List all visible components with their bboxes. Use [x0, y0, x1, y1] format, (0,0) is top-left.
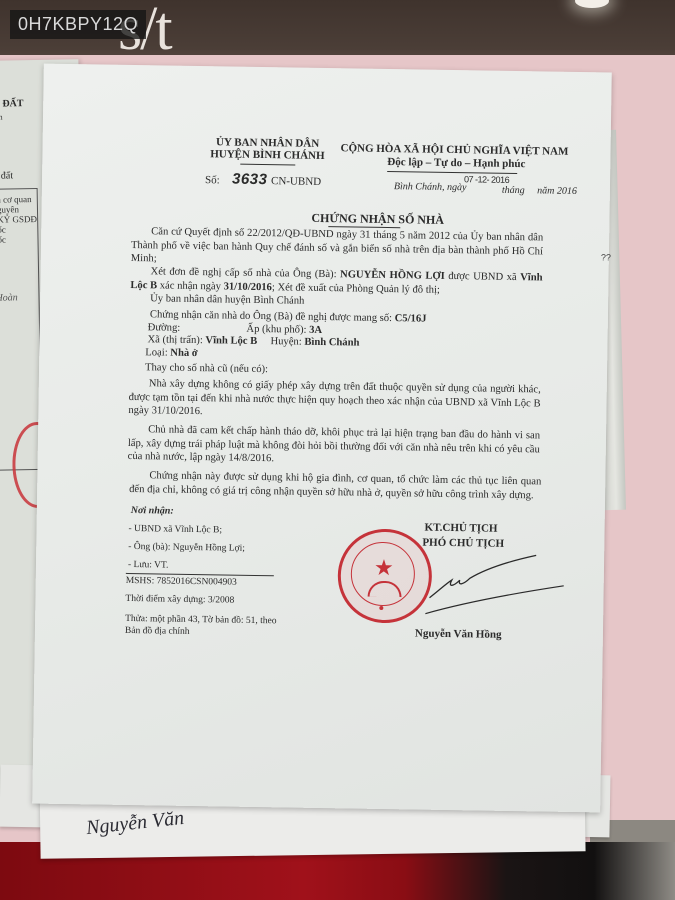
reference-number: 3633: [232, 171, 268, 189]
left-box-line: a cơ quan: [0, 195, 32, 205]
district-value: Bình Chánh: [304, 337, 359, 349]
paragraph-basis: Căn cứ Quyết định số 22/2012/QĐ-UBND ngà…: [131, 225, 544, 272]
seal-dot: [379, 606, 383, 610]
signature-scribble: [425, 540, 566, 622]
left-box-line: ốc: [0, 226, 6, 235]
left-box-line: guyên: [0, 205, 19, 214]
district-label: Huyện:: [270, 336, 304, 348]
mshs-code: MSHS: 7852016CSN004903: [126, 576, 237, 588]
applicant-name: NGUYỄN HỒNG LỢI: [340, 269, 445, 282]
issuer-underline: [240, 164, 295, 166]
month-label: tháng: [502, 185, 525, 196]
request-mid: được UBND xã: [445, 271, 521, 283]
date-place: Bình Chánh, ngày: [394, 181, 467, 193]
seal-inner-ring: ★: [350, 541, 415, 606]
left-box-line: KÝ GSDĐ: [0, 215, 37, 225]
build-time: Thời điểm xây dựng: 3/2008: [125, 594, 234, 606]
left-paper-sub2: g đất: [0, 170, 13, 181]
official-seal: ★: [337, 528, 432, 623]
commune-label: Xã (thị trấn):: [147, 334, 205, 346]
reference-suffix: CN-UBND: [271, 175, 321, 188]
type-label: Loại:: [145, 347, 170, 358]
paragraph-note2: Chủ nhà đã cam kết chấp hành tháo dỡ, kh…: [128, 423, 541, 470]
left-paper-title: G ĐẤT: [0, 98, 24, 110]
street-label: Đường:: [148, 322, 181, 334]
request-suffix: ; Xét đề xuất của Phòng Quản lý đô thị;: [272, 282, 440, 296]
recipients-title: Nơi nhận:: [131, 505, 174, 517]
side-mark: ??: [601, 252, 611, 262]
parcel-info: Thửa: một phần 43, Tờ bản đồ: 51, theo B…: [125, 613, 290, 640]
confirm-date: 31/10/2016: [224, 281, 272, 293]
commune-value: Vĩnh Lộc B: [205, 335, 257, 347]
house-number: C5/16J: [395, 313, 427, 324]
type-value: Nhà ở: [170, 348, 198, 359]
motto-underline: [387, 171, 517, 174]
recipient-item: - Lưu: VT.: [128, 560, 169, 571]
date-year: tháng năm 2016: [502, 185, 577, 197]
date-stamp: 07 -12- 2016: [464, 174, 509, 185]
nation-name: CỘNG HÒA XÃ HỘI CHỦ NGHĨA VIỆT NAM: [340, 142, 568, 158]
hamlet-value: 3A: [309, 325, 322, 336]
left-box-line: ốc: [0, 236, 6, 245]
nation-motto: Độc lập – Tự do – Hạnh phúc: [387, 156, 525, 170]
reference-label: Số:: [205, 174, 220, 186]
watermark-id: 0H7KBPY12Q: [10, 10, 146, 39]
signer-title1: KT.CHỦ TỊCH: [425, 522, 498, 535]
signer-name: Nguyễn Văn Hồng: [415, 627, 502, 640]
left-handwriting: Hoàn: [0, 292, 18, 303]
issuer-line2: HUYỆN BÌNH CHÁNH: [207, 148, 327, 162]
star-icon: ★: [374, 555, 394, 581]
request-mid2: xác nhận ngày: [157, 280, 224, 292]
paragraph-note3: Chứng nhận này được sử dụng khi hộ gia đ…: [129, 469, 541, 502]
request-prefix: Xét đơn đề nghị cấp số nhà của Ông (Bà):: [151, 266, 341, 280]
year-text: năm 2016: [537, 185, 577, 197]
recipient-item: - UBND xã Vĩnh Lộc B;: [128, 524, 222, 535]
recipient-item: - Ông (bà): Nguyễn Hồng Lợi;: [128, 542, 245, 554]
paragraph-note1: Nhà xây dựng không có giấy phép xây dựng…: [128, 377, 541, 424]
house-number-certificate: ỦY BAN NHÂN DÂN HUYỆN BÌNH CHÁNH CỘNG HÒ…: [32, 64, 612, 813]
left-paper-sub: ính: [0, 113, 3, 122]
gear-emblem-icon: [368, 581, 402, 598]
